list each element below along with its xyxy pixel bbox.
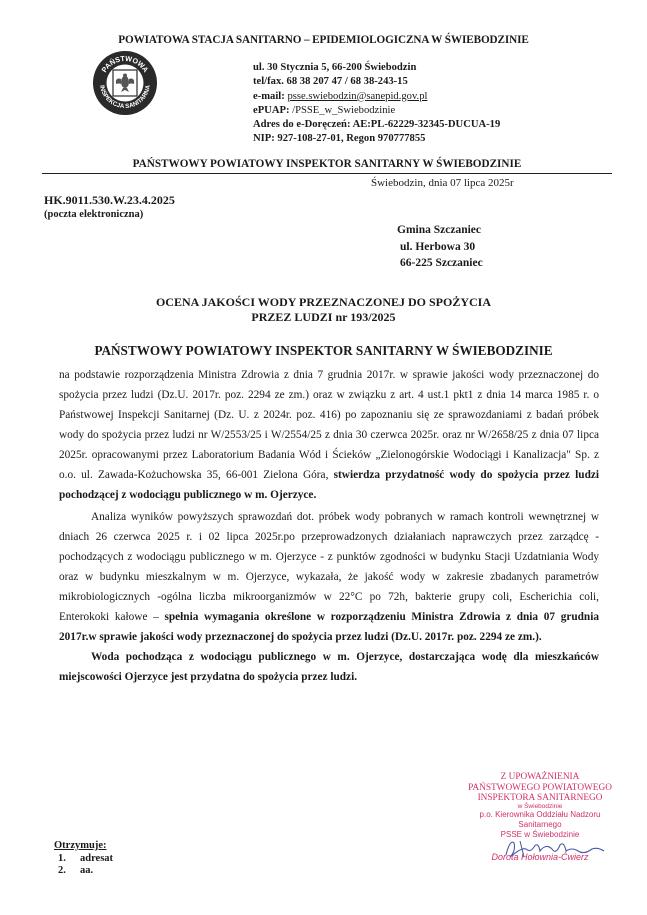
recipient-item: 1.adresat — [54, 853, 113, 866]
organization-header: POWIATOWA STACJA SANITARNO – EPIDEMIOLOG… — [0, 34, 647, 46]
paragraph-1: na podstawie rozporządzenia Ministra Zdr… — [59, 365, 599, 505]
inspector-header: PAŃSTWOWY POWIATOWY INSPEKTOR SANITARNY … — [42, 158, 612, 170]
handwritten-signature-icon — [500, 837, 610, 861]
recipients-heading: Otrzymuje: — [54, 840, 113, 853]
paragraph-3: Woda pochodząca z wodociągu publicznego … — [59, 647, 599, 687]
phone-fax: tel/fax. 68 38 207 47 / 68 38-243-15 — [253, 75, 500, 89]
document-title: OCENA JAKOŚCI WODY PRZEZNACZONEJ DO SPOŻ… — [0, 295, 647, 324]
nip-regon: NIP: 927-108-27-01, Regon 970777855 — [253, 132, 500, 146]
document-subtitle: PAŃSTWOWY POWIATOWY INSPEKTOR SANITARNY … — [0, 343, 647, 359]
addressee-city: 66-225 Szczaniec — [397, 255, 483, 272]
email-link[interactable]: psse.swiebodzin@sanepid.gov.pl — [287, 91, 427, 102]
inspection-emblem-icon: PAŃSTWOWA INSPEKCJA SANITARNA — [92, 50, 158, 116]
paragraph-2: Analiza wyników powyższych sprawozdań do… — [59, 507, 599, 647]
e-delivery-row: Adres do e-Doręczeń: AE:PL-62229-32345-D… — [253, 118, 500, 132]
epuap-row: ePUAP: /PSSE_w_Swiebodzinie — [253, 104, 500, 118]
addressee-street: ul. Herbowa 30 — [397, 239, 483, 256]
reference-number: HK.9011.530.W.23.4.2025 — [44, 193, 175, 208]
recipient-item: 2.aa. — [54, 865, 113, 878]
recipients-list: Otrzymuje: 1.adresat 2.aa. — [54, 840, 113, 878]
email-row: e-mail: psse.swiebodzin@sanepid.gov.pl — [253, 90, 500, 104]
document-body: na podstawie rozporządzenia Ministra Zdr… — [59, 365, 599, 687]
header-divider — [42, 173, 612, 174]
address: ul. 30 Stycznia 5, 66-200 Świebodzin — [253, 61, 500, 75]
delivery-method: (poczta elektroniczna) — [44, 209, 143, 220]
contact-block: ul. 30 Stycznia 5, 66-200 Świebodzin tel… — [253, 61, 500, 147]
addressee-block: Gmina Szczaniec ul. Herbowa 30 66-225 Sz… — [397, 222, 483, 272]
addressee-name: Gmina Szczaniec — [397, 222, 483, 239]
place-date: Świebodzin, dnia 07 lipca 2025r — [371, 177, 514, 189]
